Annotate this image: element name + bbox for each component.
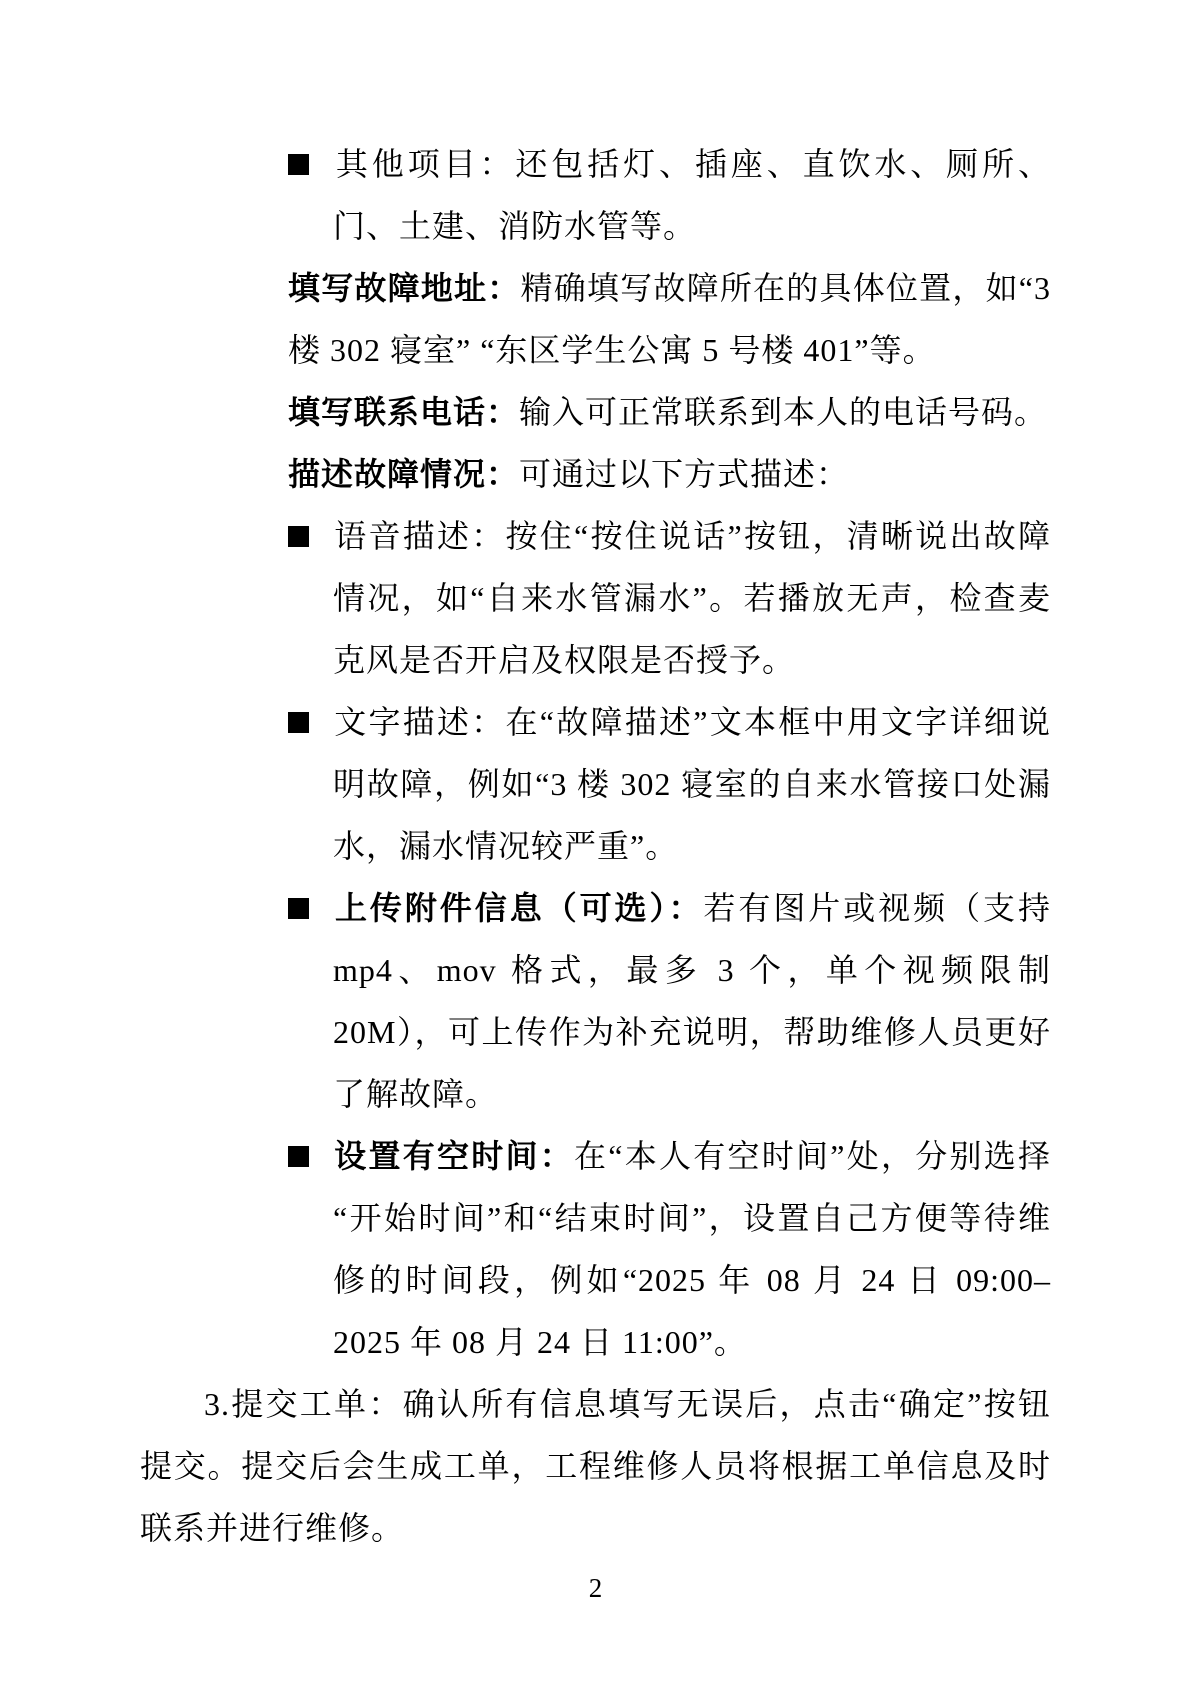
paragraph-text: 输入可正常联系到本人的电话号码。 xyxy=(519,394,1047,430)
labeled-paragraph-describe-fault: 描述故障情况：可通过以下方式描述： xyxy=(288,443,1051,505)
document-page: 其他项目：还包括灯、插座、直饮水、厕所、门、土建、消防水管等。 填写故障地址：精… xyxy=(0,0,1191,1684)
paragraph-text: 3.提交工单：确认所有信息填写无误后，点击“确定”按钮提交。提交后会生成工单，工… xyxy=(140,1386,1051,1546)
bullet-item-text: 其他项目：还包括灯、插座、直饮水、厕所、门、土建、消防水管等。 xyxy=(333,146,1051,244)
bullet-item-upload-attachment: 上传附件信息（可选）：若有图片或视频（支持 mp4、mov 格式，最多 3 个，… xyxy=(333,877,1051,1125)
labeled-paragraph-fault-address: 填写故障地址：精确填写故障所在的具体位置，如“3 楼 302 寝室” “东区学生… xyxy=(288,257,1051,381)
page-number: 2 xyxy=(0,1572,1191,1604)
bullet-item-set-free-time: 设置有空时间：在“本人有空时间”处，分别选择“开始时间”和“结束时间”，设置自己… xyxy=(333,1125,1051,1373)
paragraph-label: 描述故障情况： xyxy=(288,456,519,492)
bullet-item-voice-description: 语音描述：按住“按住说话”按钮，清晰说出故障情况，如“自来水管漏水”。若播放无声… xyxy=(333,505,1051,691)
bullet-item-text-description: 文字描述：在“故障描述”文本框中用文字详细说明故障，例如“3 楼 302 寝室的… xyxy=(333,691,1051,877)
paragraph-label: 填写联系电话： xyxy=(288,394,519,430)
bullet-item-text: 文字描述：在“故障描述”文本框中用文字详细说明故障，例如“3 楼 302 寝室的… xyxy=(333,704,1051,864)
bullet-square-icon xyxy=(288,526,309,547)
bullet-square-icon xyxy=(288,154,309,175)
labeled-paragraph-contact-phone: 填写联系电话：输入可正常联系到本人的电话号码。 xyxy=(288,381,1051,443)
bullet-square-icon xyxy=(288,1146,309,1167)
bullet-item-label: 设置有空时间： xyxy=(333,1138,574,1174)
bullet-item-label: 上传附件信息（可选）： xyxy=(333,890,703,926)
bullet-item-text: 语音描述：按住“按住说话”按钮，清晰说出故障情况，如“自来水管漏水”。若播放无声… xyxy=(333,518,1051,678)
paragraph-label: 填写故障地址： xyxy=(288,270,521,306)
bullet-square-icon xyxy=(288,898,309,919)
bullet-square-icon xyxy=(288,712,309,733)
bullet-item-other-projects: 其他项目：还包括灯、插座、直饮水、厕所、门、土建、消防水管等。 xyxy=(333,133,1051,257)
paragraph-text: 可通过以下方式描述： xyxy=(519,456,849,492)
body-paragraph-submit-workorder: 3.提交工单：确认所有信息填写无误后，点击“确定”按钮提交。提交后会生成工单，工… xyxy=(140,1373,1051,1559)
document-body: 其他项目：还包括灯、插座、直饮水、厕所、门、土建、消防水管等。 填写故障地址：精… xyxy=(140,133,1051,1559)
